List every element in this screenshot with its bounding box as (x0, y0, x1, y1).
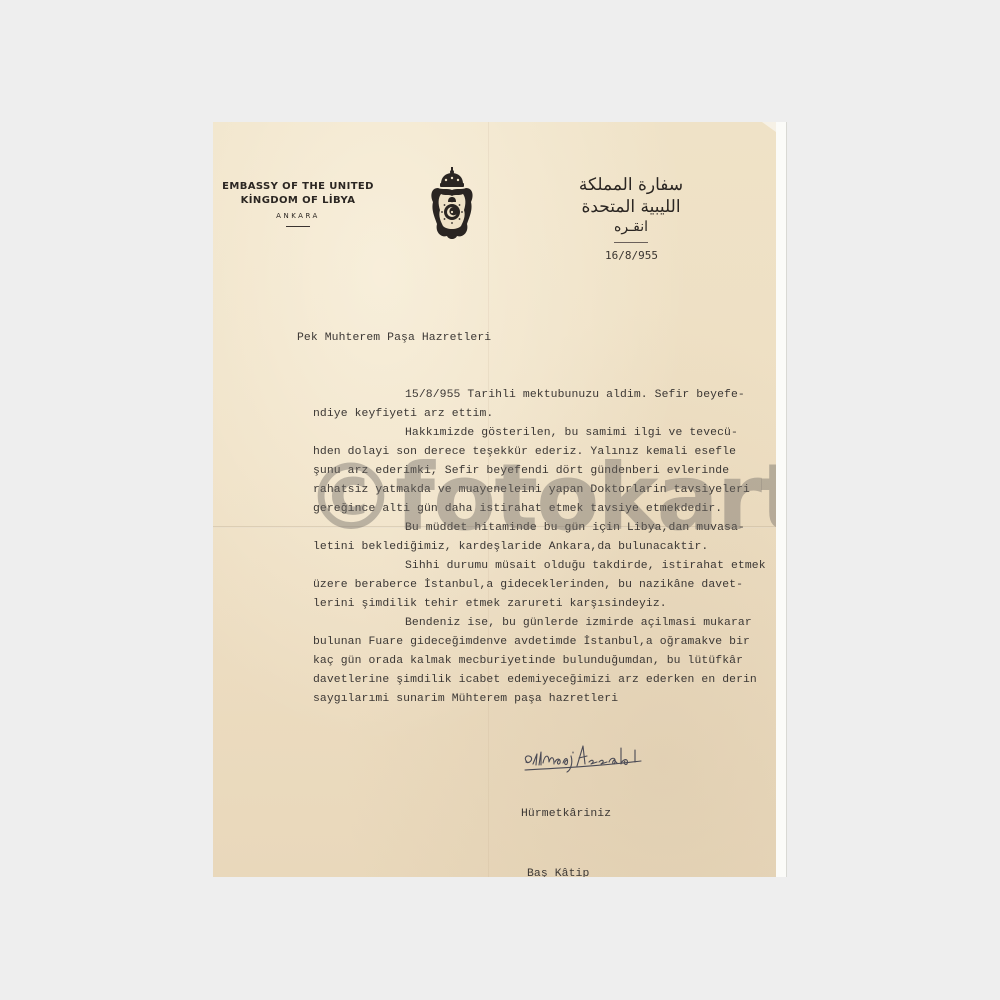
letterhead-arabic-line-2: انقـره (561, 218, 701, 236)
body-line: ndiye keyfiyeti arz ettim. (313, 405, 773, 424)
body-line: saygılarımi sunarim Mühterem paşa hazret… (313, 690, 773, 709)
letter-date: 16/8/955 (605, 249, 658, 262)
letterhead-city: ANKARA (213, 212, 383, 220)
closing-block: Hürmetkâriniz Baş Kâtip (521, 764, 611, 877)
body-line: gereğince alti gün daha istirahat etmek … (313, 500, 773, 519)
letter-body: 15/8/955 Tarihli mektubunuzu aldim. Sefi… (313, 386, 773, 709)
letterhead-line-1: EMBASSY OF THE UNITED (213, 180, 383, 194)
body-line: Bendeniz ise, bu günlerde izmirde açilma… (313, 614, 773, 633)
letterhead-arabic: سفارة المملكة الليبية المتحدة انقـره (561, 174, 701, 243)
letterhead-arabic-line-1: سفارة المملكة الليبية المتحدة (561, 174, 701, 218)
body-line: 15/8/955 Tarihli mektubunuzu aldim. Sefi… (313, 386, 773, 405)
body-line: davetlerine şimdilik icabet edemiyeceğim… (313, 671, 773, 690)
body-line: şunu arz ederimki, Sefir beyefendi dört … (313, 462, 773, 481)
body-line: letini beklediğimiz, kardeşlaride Ankara… (313, 538, 773, 557)
corner-tear (762, 122, 776, 132)
salutation: Pek Muhterem Paşa Hazretleri (297, 332, 491, 344)
body-line: Bu müddet hitaminde bu gün için Libya,da… (313, 519, 773, 538)
body-line: bulunan Fuare gideceğimdenve avdetimde İ… (313, 633, 773, 652)
body-line: rahatsiz yatmakda ve muayeneleini yapan … (313, 481, 773, 500)
letterhead-line-2: KİNGDOM OF LİBYA (213, 194, 383, 208)
body-line: hden dolayi son derece teşekkür ederiz. … (313, 443, 773, 462)
body-line: Sihhi durumu müsait olduğu takdirde, ist… (313, 557, 773, 576)
body-line: üzere beraberce İstanbul,a gideceklerind… (313, 576, 773, 595)
body-line: lerini şimdilik tehir etmek zarureti kar… (313, 595, 773, 614)
letterhead-english: EMBASSY OF THE UNITED KİNGDOM OF LİBYA A… (213, 180, 383, 227)
letterhead-arabic-rule (614, 242, 648, 243)
letterhead-rule (286, 226, 310, 227)
letter-page: EMBASSY OF THE UNITED KİNGDOM OF LİBYA A… (213, 122, 776, 877)
image-stage: EMBASSY OF THE UNITED KİNGDOM OF LİBYA A… (0, 0, 1000, 1000)
signatory-title: Baş Kâtip (521, 864, 611, 877)
royal-crest-icon (429, 166, 475, 244)
body-line: Hakkımizde gösterilen, bu samimi ilgi ve… (313, 424, 773, 443)
body-line: kaç gün orada kalmak mecburiyetinde bulu… (313, 652, 773, 671)
closing-phrase: Hürmetkâriniz (521, 804, 611, 824)
